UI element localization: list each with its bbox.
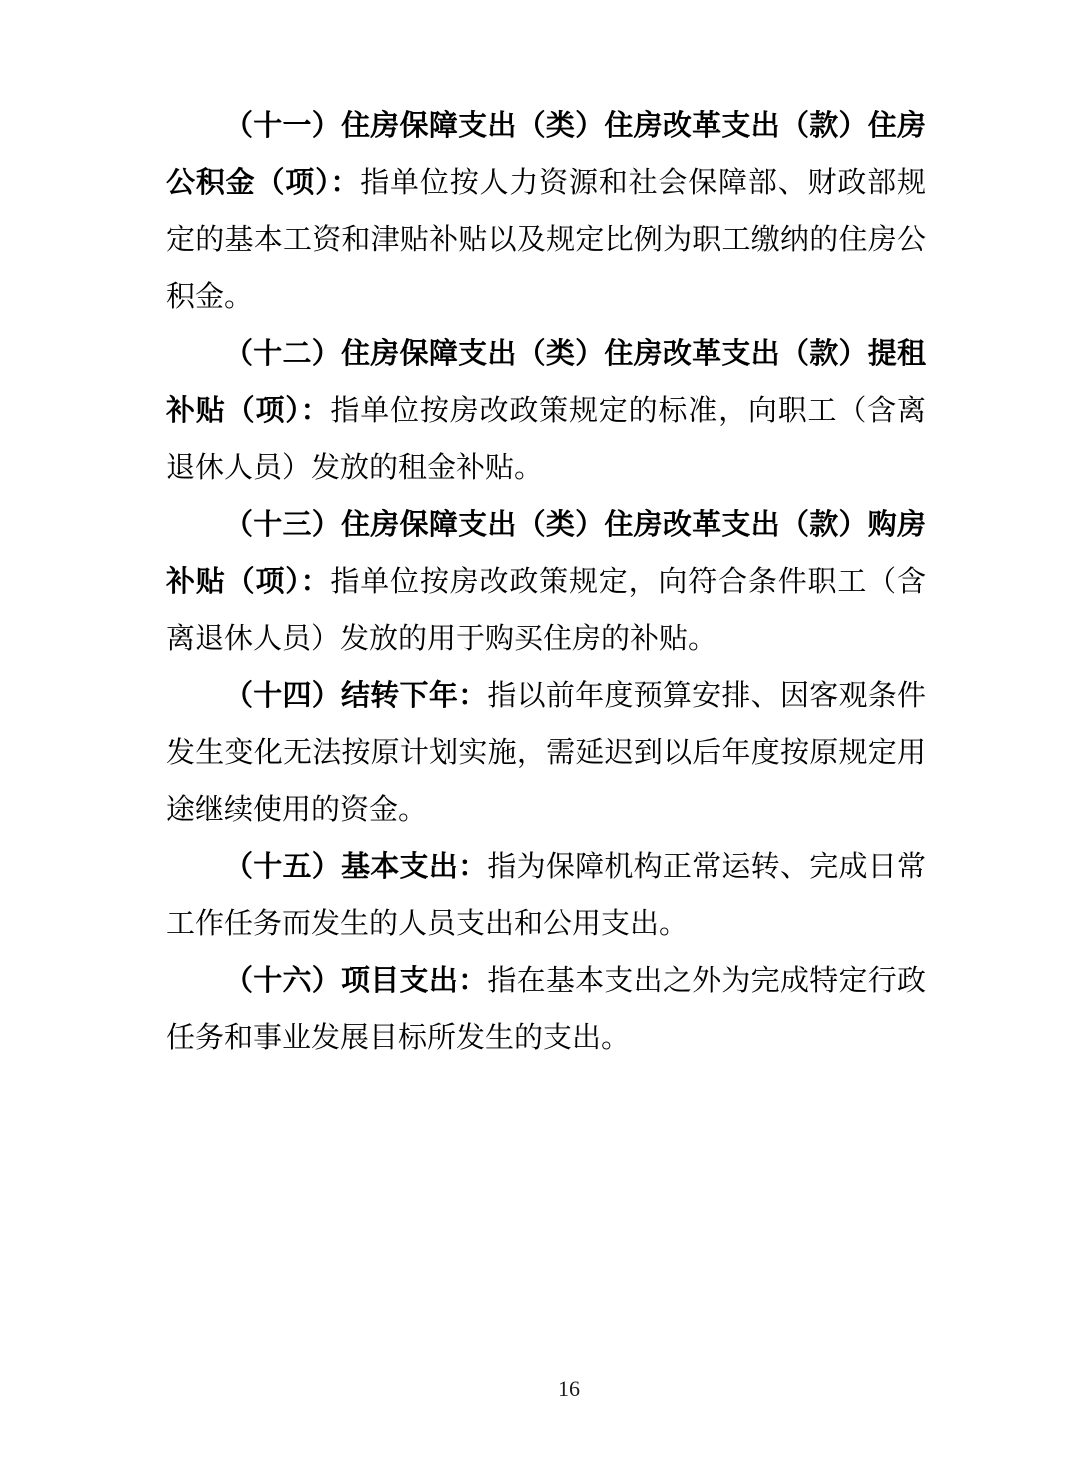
definition-paragraph-16: （十六）项目支出：指在基本支出之外为完成特定行政任务和事业发展目标所发生的支出。 (166, 953, 926, 1067)
definition-paragraph-14: （十四）结转下年：指以前年度预算安排、因客观条件发生变化无法按原计划实施，需延迟… (166, 668, 926, 839)
definition-paragraph-12: （十二）住房保障支出（类）住房改革支出（款）提租补贴（项）：指单位按房改政策规定… (166, 326, 926, 497)
definition-term: （十六）项目支出： (224, 965, 487, 997)
document-page: （十一）住房保障支出（类）住房改革支出（款）住房公积金（项）：指单位按人力资源和… (0, 0, 1068, 1470)
document-body: （十一）住房保障支出（类）住房改革支出（款）住房公积金（项）：指单位按人力资源和… (166, 98, 926, 1067)
definition-paragraph-15: （十五）基本支出：指为保障机构正常运转、完成日常工作任务而发生的人员支出和公用支… (166, 839, 926, 953)
definition-paragraph-11: （十一）住房保障支出（类）住房改革支出（款）住房公积金（项）：指单位按人力资源和… (166, 98, 926, 326)
page-number: 16 (166, 1376, 972, 1402)
definition-term: （十四）结转下年： (224, 680, 487, 712)
definition-paragraph-13: （十三）住房保障支出（类）住房改革支出（款）购房补贴（项）：指单位按房改政策规定… (166, 497, 926, 668)
definition-term: （十五）基本支出： (224, 851, 487, 883)
